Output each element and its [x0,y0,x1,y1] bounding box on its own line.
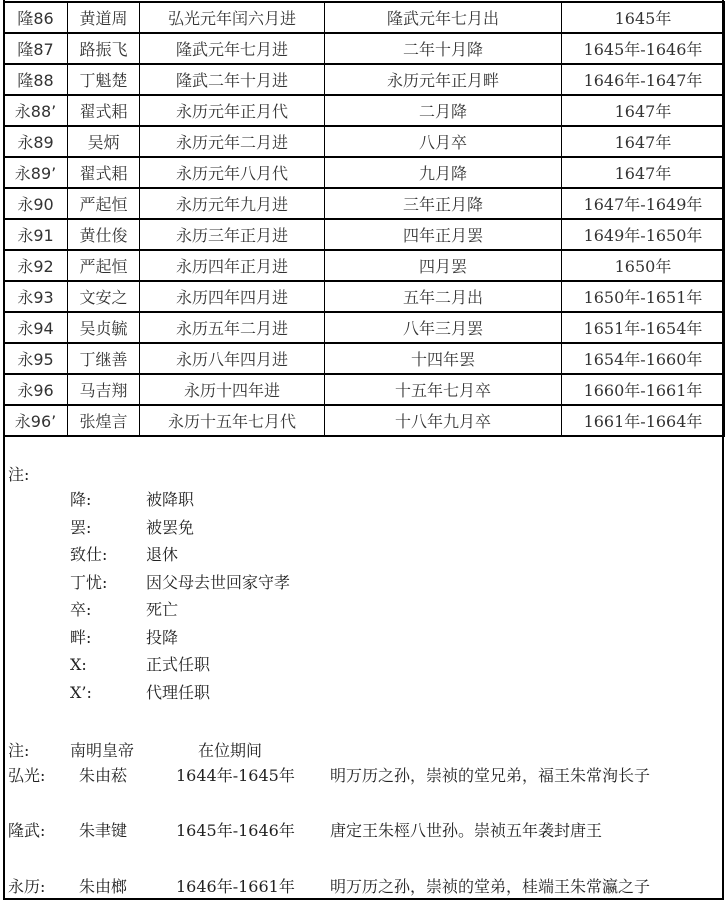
legend-item: 畔:投降 [70,624,178,652]
official-name: 丁继善 [68,343,140,374]
emperors-col-reign: 在位期间 [198,738,262,761]
official-name: 黄道周 [68,2,140,33]
appointment: 永历元年正月代 [140,95,325,126]
official-id: 永92 [4,250,68,281]
official-id: 永89 [4,126,68,157]
appointment: 永历四年正月进 [140,250,325,281]
emperor-reign: 1644年-1645年 [176,764,295,788]
official-id: 永89’ [4,157,68,188]
departure: 二年十月降 [325,33,562,64]
table-row: 永95 丁继善 永历八年四月进 十四年罢 1654年-1660年 [4,343,725,374]
table-row: 永90 严起恒 永历元年九月进 三年正月降 1647年-1649年 [4,188,725,219]
legend-term: X’: [70,679,146,707]
departure: 八月卒 [325,126,562,157]
legend-term: 罢: [70,514,146,542]
appointment: 永历三年正月进 [140,219,325,250]
appointment: 弘光元年闰六月进 [140,2,325,33]
departure: 三年正月降 [325,188,562,219]
tenure-years: 1654年-1660年 [562,343,725,374]
legend-meaning: 因父母去世回家守孝 [146,569,290,597]
emperor-name: 朱由榔 [79,875,127,899]
appointment: 永历元年八月代 [140,157,325,188]
legend-term: 丁忧: [70,569,146,597]
table-row: 永91 黄仕俊 永历三年正月进 四年正月罢 1649年-1650年 [4,219,725,250]
departure: 二月降 [325,95,562,126]
legend-term: 畔: [70,624,146,652]
official-name: 严起恒 [68,188,140,219]
tenure-years: 1651年-1654年 [562,312,725,343]
tenure-years: 1647年 [562,157,725,188]
departure: 五年二月出 [325,281,562,312]
official-name: 文安之 [68,281,140,312]
table-row: 隆88 丁魁楚 隆武二年十月进 永历元年正月畔 1646年-1647年 [4,64,725,95]
tenure-years: 1646年-1647年 [562,64,725,95]
legend-meaning: 正式任职 [146,651,210,679]
table-row: 永89’ 翟式耜 永历元年八月代 九月降 1647年 [4,157,725,188]
departure: 四年正月罢 [325,219,562,250]
departure: 八年三月罢 [325,312,562,343]
emperor-reign: 1646年-1661年 [176,875,295,899]
official-id: 永96’ [4,405,68,436]
emperors-heading: 注: [8,738,29,761]
table-row: 隆87 路振飞 隆武元年七月进 二年十月降 1645年-1646年 [4,33,725,64]
emperor-era: 永历: [8,875,45,899]
official-id: 永90 [4,188,68,219]
legend-item: 致仕:退休 [70,541,178,569]
appointment: 永历五年二月进 [140,312,325,343]
official-name: 黄仕俊 [68,219,140,250]
emperor-era: 弘光: [8,764,45,788]
official-name: 翟式耜 [68,157,140,188]
emperor-name: 朱聿键 [79,819,127,843]
official-name: 张煌言 [68,405,140,436]
tenure-years: 1649年-1650年 [562,219,725,250]
official-name: 路振飞 [68,33,140,64]
official-name: 严起恒 [68,250,140,281]
departure: 隆武元年七月出 [325,2,562,33]
departure: 十五年七月卒 [325,374,562,405]
table-row: 永96’ 张煌言 永历十五年七月代 十八年九月卒 1661年-1664年 [4,405,725,436]
emperors-col-emperor: 南明皇帝 [70,738,134,761]
official-id: 永91 [4,219,68,250]
appointment: 永历四年四月进 [140,281,325,312]
departure: 十八年九月卒 [325,405,562,436]
legend-meaning: 退休 [146,541,178,569]
departure: 永历元年正月畔 [325,64,562,95]
legend-meaning: 被降职 [146,486,194,514]
emperor-desc: 明万历之孙，崇祯的堂弟，桂端王朱常瀛之子 [330,875,650,899]
official-id: 隆88 [4,64,68,95]
emperor-name: 朱由菘 [79,764,127,788]
official-name: 翟式耜 [68,95,140,126]
tenure-years: 1647年 [562,126,725,157]
emperor-reign: 1645年-1646年 [176,819,295,843]
official-id: 隆86 [4,2,68,33]
notes-heading: 注: [8,462,29,485]
legend-item: X:正式任职 [70,651,210,679]
table-row: 永96 马吉翔 永历十四年进 十五年七月卒 1660年-1661年 [4,374,725,405]
legend-meaning: 投降 [146,624,178,652]
departure: 九月降 [325,157,562,188]
tenure-years: 1650年 [562,250,725,281]
legend-item: X’:代理任职 [70,679,210,707]
legend-item: 丁忧:因父母去世回家守孝 [70,569,290,597]
legend-meaning: 死亡 [146,596,178,624]
appointment: 隆武元年七月进 [140,33,325,64]
table-row: 永94 吴贞毓 永历五年二月进 八年三月罢 1651年-1654年 [4,312,725,343]
table-row: 永89 吴炳 永历元年二月进 八月卒 1647年 [4,126,725,157]
legend-item: 降:被降职 [70,486,194,514]
official-id: 永94 [4,312,68,343]
official-name: 丁魁楚 [68,64,140,95]
official-name: 吴炳 [68,126,140,157]
legend-item: 卒:死亡 [70,596,178,624]
legend-term: 卒: [70,596,146,624]
table-row: 永92 严起恒 永历四年正月进 四月罢 1650年 [4,250,725,281]
official-id: 永93 [4,281,68,312]
tenure-years: 1647年 [562,95,725,126]
official-id: 永95 [4,343,68,374]
appointment: 永历十四年进 [140,374,325,405]
emperor-desc: 明万历之孙，崇祯的堂兄弟，福王朱常洵长子 [330,764,650,788]
legend-term: 致仕: [70,541,146,569]
table-row: 永88’ 翟式耜 永历元年正月代 二月降 1647年 [4,95,725,126]
legend-meaning: 被罢免 [146,514,194,542]
official-name: 马吉翔 [68,374,140,405]
official-id: 永88’ [4,95,68,126]
official-id: 隆87 [4,33,68,64]
appointment: 永历元年二月进 [140,126,325,157]
legend-item: 罢:被罢免 [70,514,194,542]
legend-term: X: [70,651,146,679]
tenure-years: 1645年-1646年 [562,33,725,64]
tenure-years: 1661年-1664年 [562,405,725,436]
officials-table: 隆86 黄道周 弘光元年闰六月进 隆武元年七月出 1645年 隆87 路振飞 隆… [3,1,725,437]
appointment: 永历八年四月进 [140,343,325,374]
legend-meaning: 代理任职 [146,679,210,707]
emperor-desc: 唐定王朱桱八世孙。崇祯五年袭封唐王 [330,819,602,843]
tenure-years: 1650年-1651年 [562,281,725,312]
appointment: 隆武二年十月进 [140,64,325,95]
table-row: 隆86 黄道周 弘光元年闰六月进 隆武元年七月出 1645年 [4,2,725,33]
tenure-years: 1647年-1649年 [562,188,725,219]
appointment: 永历元年九月进 [140,188,325,219]
table-row: 永93 文安之 永历四年四月进 五年二月出 1650年-1651年 [4,281,725,312]
official-id: 永96 [4,374,68,405]
departure: 十四年罢 [325,343,562,374]
departure: 四月罢 [325,250,562,281]
official-name: 吴贞毓 [68,312,140,343]
tenure-years: 1660年-1661年 [562,374,725,405]
emperor-era: 隆武: [8,819,45,843]
tenure-years: 1645年 [562,2,725,33]
legend-term: 降: [70,486,146,514]
appointment: 永历十五年七月代 [140,405,325,436]
